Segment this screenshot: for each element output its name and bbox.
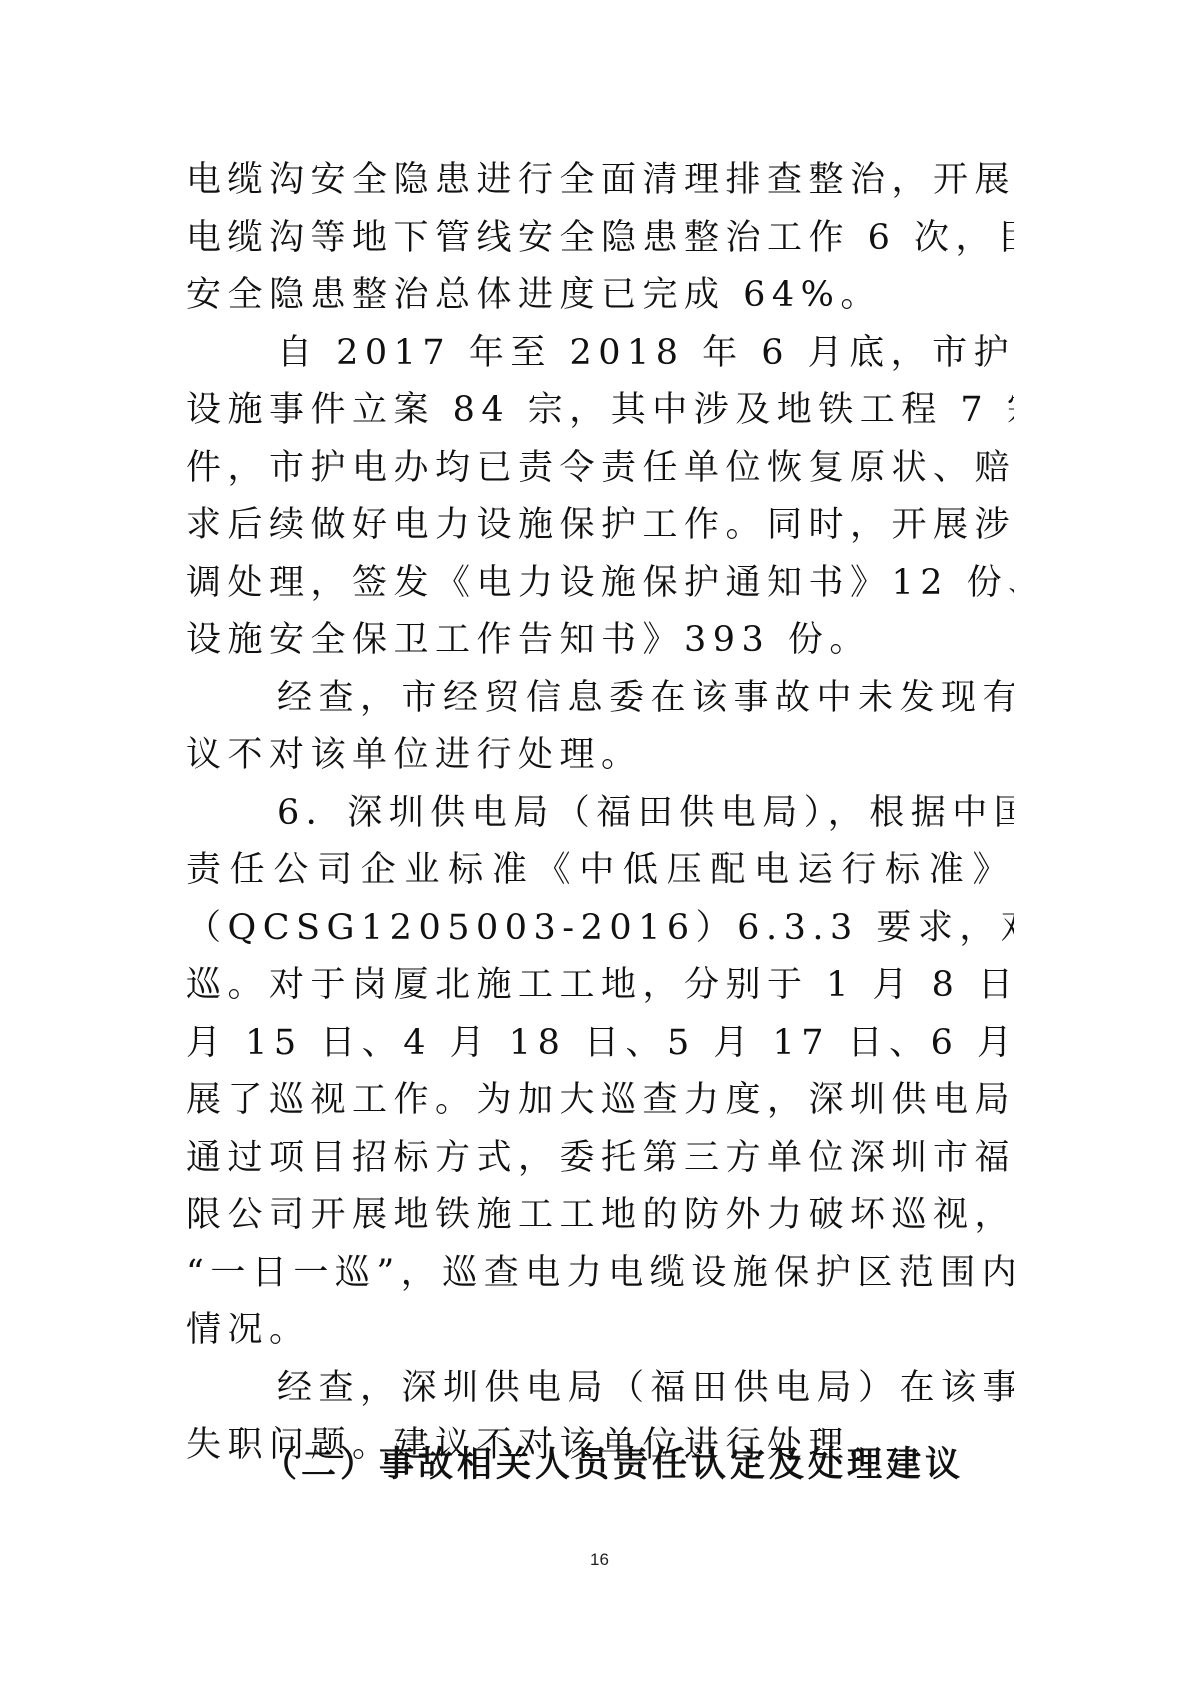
text-line: （QCSG1205003-2016）6.3.3 要求，对电力电缆线路每月一 (186, 900, 1014, 958)
text-line: 求后续做好电力设施保护工作。同时，开展涉电安全隐患协 (186, 497, 1014, 555)
text-line: 6．深圳供电局（福田供电局），根据中国南方电网有限 (186, 785, 1014, 843)
text-line: 调处理，签发《电力设施保护通知书》12 份、《深圳市电力 (186, 555, 1014, 613)
text-line: 议不对该单位进行处理。 (186, 727, 1014, 785)
text-line: 设施安全保卫工作告知书》393 份。 (186, 612, 1014, 670)
text-line: 通过项目招标方式，委托第三方单位深圳市福供供电服务有 (186, 1130, 1014, 1188)
text-line: 经查，深圳供电局（福田供电局）在该事故中未发现有 (186, 1360, 1014, 1418)
text-line: 安全隐患整治总体进度已完成 64%。 (186, 267, 1014, 325)
body-text: 电缆沟安全隐患进行全面清理排查整治，开展检查督查电力 电缆沟等地下管线安全隐患整… (186, 152, 1014, 1475)
text-line: 情况。 (186, 1302, 1014, 1360)
text-line: 电缆沟等地下管线安全隐患整治工作 6 次，目前全市电缆沟 (186, 210, 1014, 268)
section-heading: （二）事故相关人员责任认定及处理建议 (262, 1437, 964, 1494)
text-line: 巡。对于岗厦北施工工地，分别于 1 月 8 日、2 月 9 日、3 (186, 957, 1014, 1015)
text-line: 限公司开展地铁施工工地的防外力破坏巡视，做到工作日 (186, 1187, 1014, 1245)
document-page: 电缆沟安全隐患进行全面清理排查整治，开展检查督查电力 电缆沟等地下管线安全隐患整… (0, 0, 1199, 1696)
text-line: 经查，市经贸信息委在该事故中未发现有失职问题。建 (186, 670, 1014, 728)
text-line: 电缆沟安全隐患进行全面清理排查整治，开展检查督查电力 (186, 152, 1014, 210)
text-line: 自 2017 年至 2018 年 6 月底，市护电办对施工破坏电力 (186, 325, 1014, 383)
text-line: 月 15 日、4 月 18 日、5 月 17 日、6 月 24 日按照巡视表单开 (186, 1015, 1014, 1073)
text-line: 责任公司企业标准《中低压配电运行标准》 (186, 842, 1014, 900)
page-number: 16 (0, 1550, 1199, 1570)
text-line: 设施事件立案 84 宗，其中涉及地铁工程 7 宗。对于已立案 (186, 382, 1014, 440)
text-line: 展了巡视工作。为加大巡查力度，深圳供电局（福田供电局） (186, 1072, 1014, 1130)
text-line: “一日一巡”，巡查电力电缆设施保护区范围内的安全隐患 (186, 1245, 1014, 1303)
text-line: 件，市护电办均已责令责任单位恢复原状、赔偿损失，并要 (186, 440, 1014, 498)
